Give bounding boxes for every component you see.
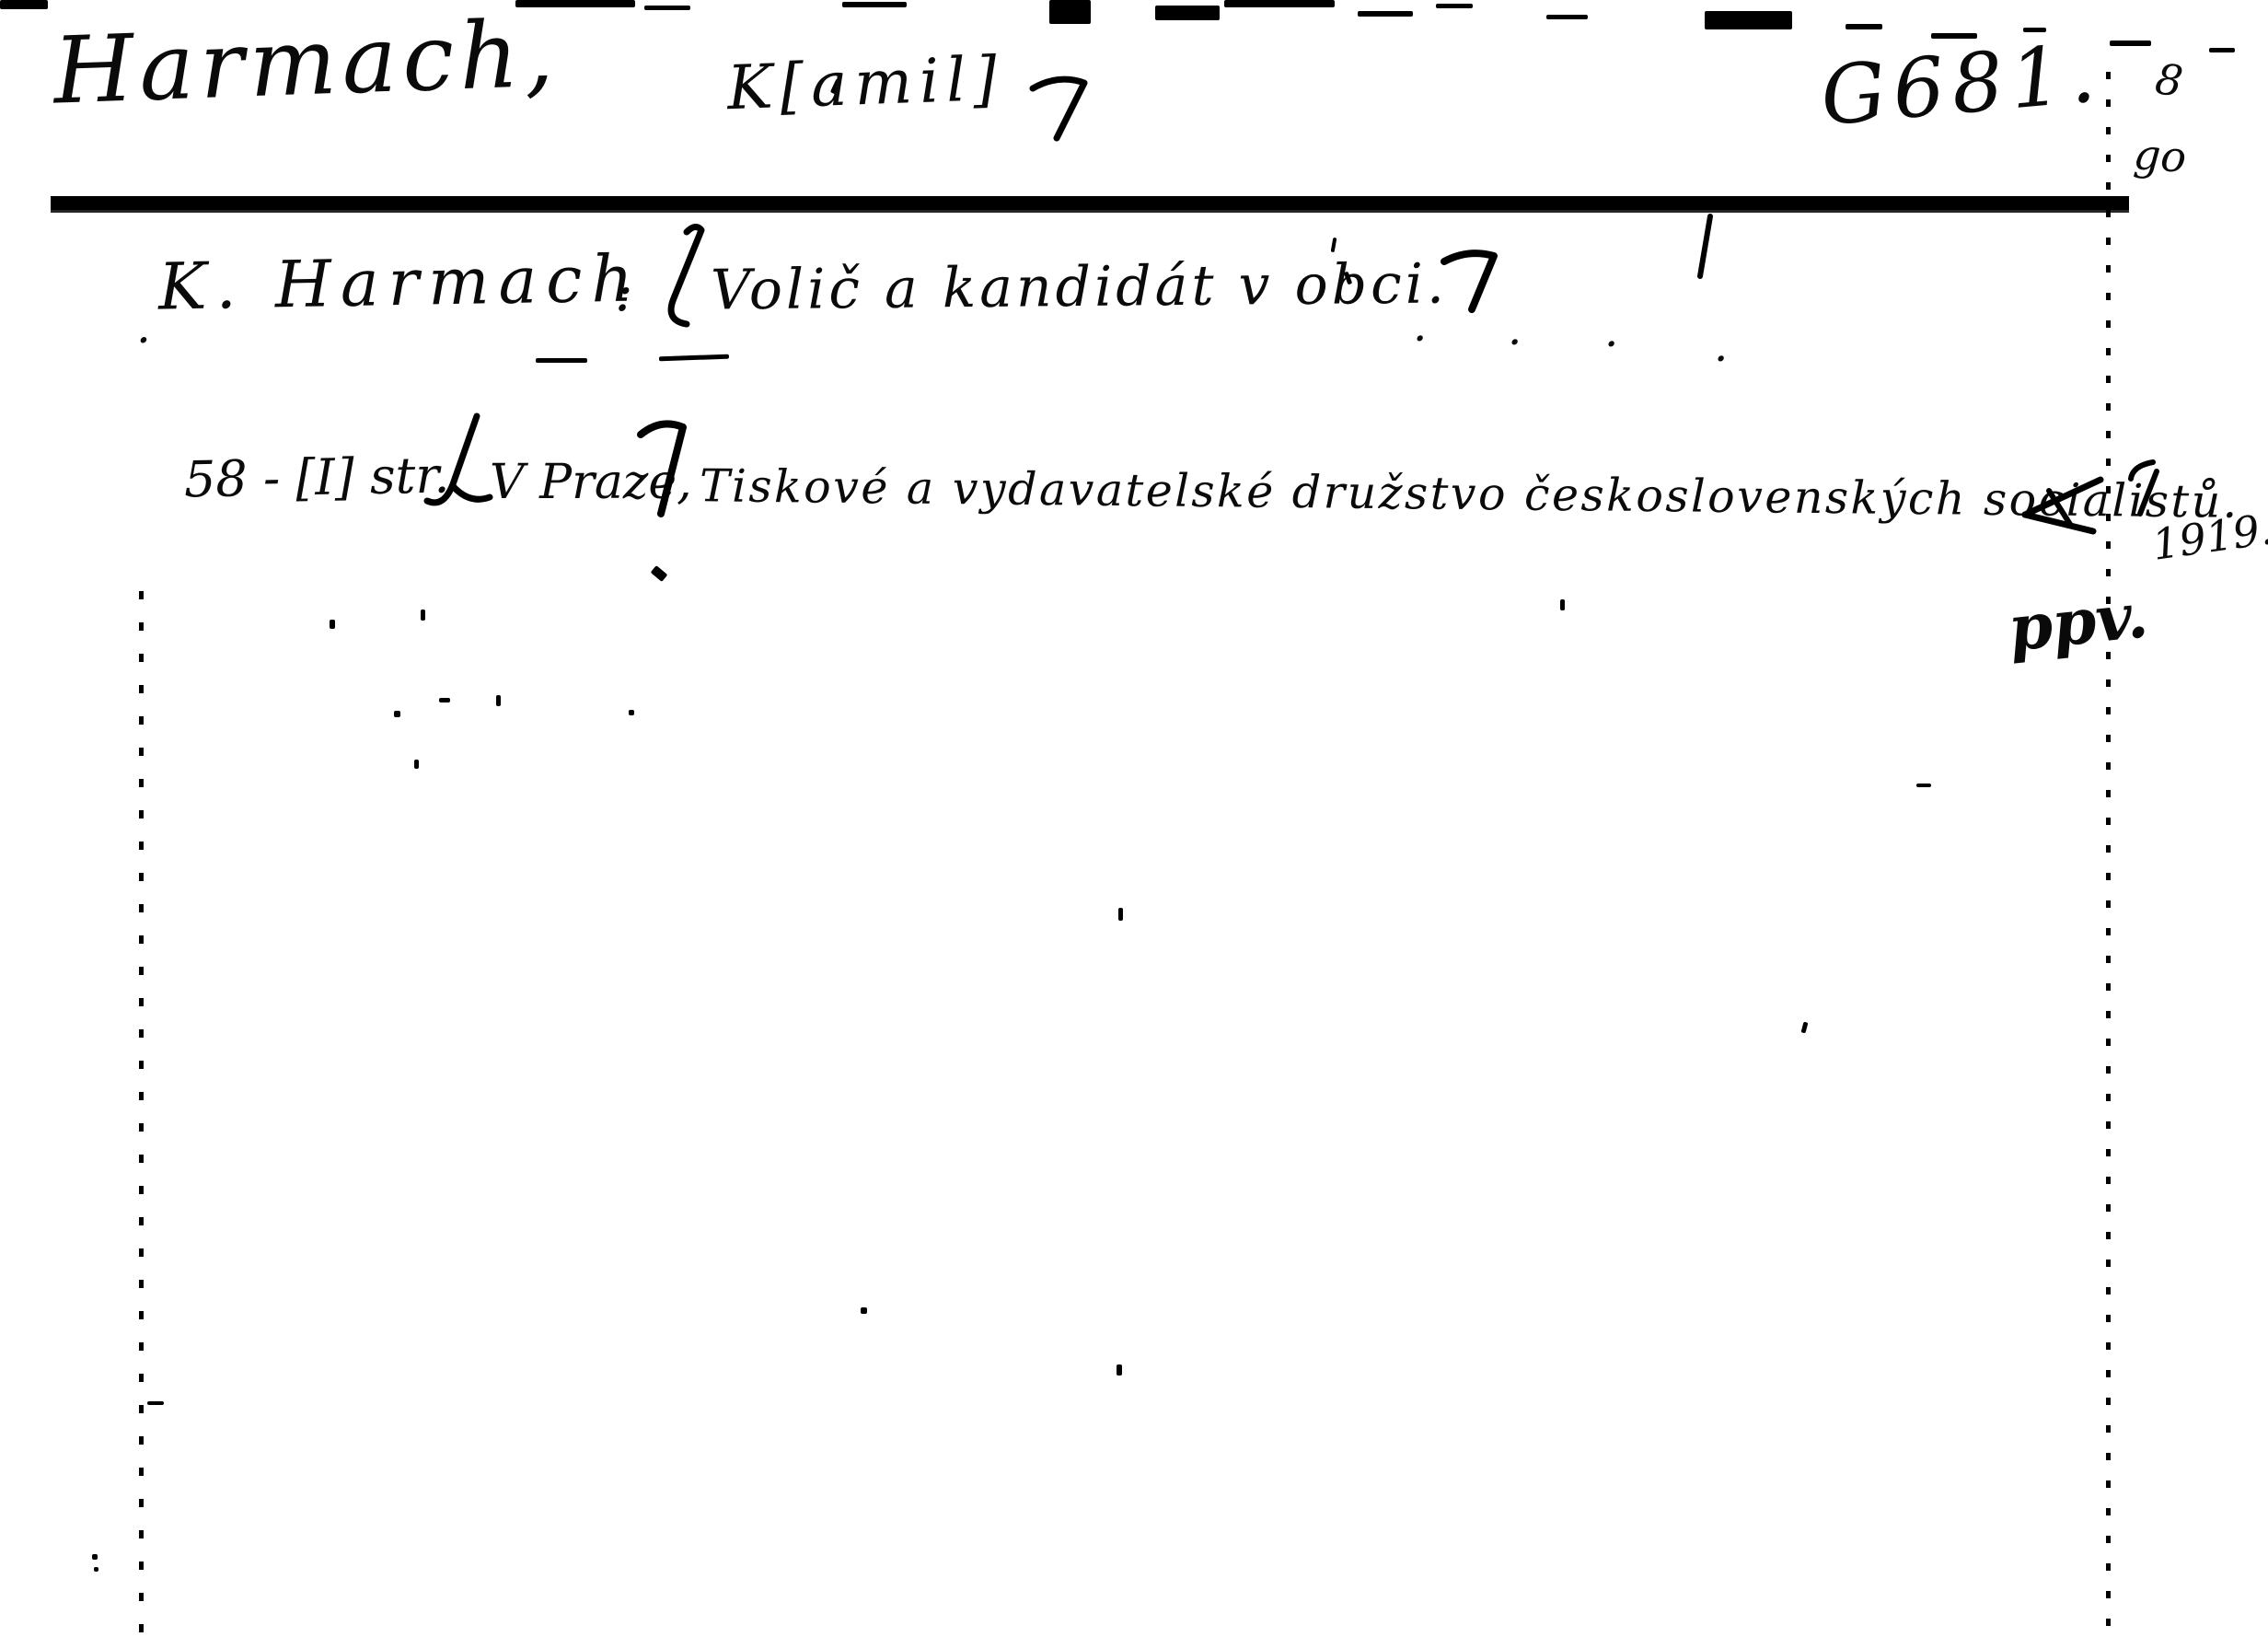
scan-noise-speck	[496, 695, 501, 706]
heading-forename: K[amil]	[726, 49, 1005, 119]
scan-noise	[1705, 11, 1792, 29]
scan-noise	[1436, 4, 1473, 8]
scan-noise-speck	[1560, 599, 1565, 610]
scan-noise-speck	[1117, 1364, 1122, 1376]
title-trailing-dot: .	[1604, 309, 1618, 354]
scan-noise-speck	[651, 565, 668, 582]
annotation-ppv: ppv.	[2006, 584, 2151, 660]
scan-noise-speck	[147, 1401, 164, 1405]
imprint-publisher: Tiskové a vydavatelské družstvo českoslo…	[700, 463, 2239, 525]
scan-noise	[2209, 48, 2235, 52]
catalog-card: Harmach, K[amil] G681. 8 go . K. Harmach…	[0, 0, 2268, 1637]
scan-noise	[2110, 41, 2151, 46]
title-underline	[659, 354, 729, 362]
scan-noise-speck	[414, 760, 419, 769]
format-mark-bottom: go	[2132, 133, 2187, 179]
scan-noise	[1546, 15, 1588, 19]
call-number: G681.	[1818, 32, 2106, 137]
title-trailing-dot: .	[1413, 304, 1427, 348]
scan-noise	[1358, 11, 1413, 17]
title-lead-dot: .	[136, 304, 151, 350]
scan-noise	[1224, 0, 1335, 7]
dotted-guide-line-left	[139, 591, 144, 1637]
title-trailing-dot: .	[1714, 324, 1728, 368]
scan-noise	[1049, 0, 1091, 24]
scan-noise-speck	[1118, 908, 1123, 921]
format-mark-top: 8	[2153, 57, 2185, 103]
scan-noise-speck	[861, 1307, 867, 1314]
title-separator: :	[615, 265, 633, 319]
heading-surname: Harmach,	[52, 7, 560, 117]
scan-noise-speck	[1801, 1022, 1809, 1034]
dotted-guide-line-right	[2106, 72, 2111, 1637]
scan-noise	[1846, 24, 1882, 29]
title-underline-2	[536, 358, 587, 363]
header-rule	[51, 196, 2129, 210]
scan-noise	[0, 0, 48, 9]
scan-noise-speck	[1916, 784, 1931, 787]
scan-noise	[1331, 238, 1337, 252]
scan-noise-speck	[439, 698, 450, 702]
scan-noise-speck	[92, 1554, 98, 1560]
scan-noise	[1155, 6, 1220, 20]
scan-noise-speck	[330, 620, 335, 629]
scan-noise-speck	[421, 610, 425, 621]
scan-noise-speck	[94, 1567, 98, 1572]
scan-noise	[842, 2, 907, 7]
title-author: K. Harmach	[157, 246, 642, 319]
scan-noise	[644, 6, 690, 10]
title-text: Volič a kandidát v obci.	[711, 257, 1448, 319]
scan-noise-speck	[629, 710, 634, 715]
title-trailing-dot: .	[1508, 308, 1522, 352]
imprint-collation: 58 - [I] str.	[184, 450, 450, 505]
scan-noise-speck	[394, 711, 400, 717]
